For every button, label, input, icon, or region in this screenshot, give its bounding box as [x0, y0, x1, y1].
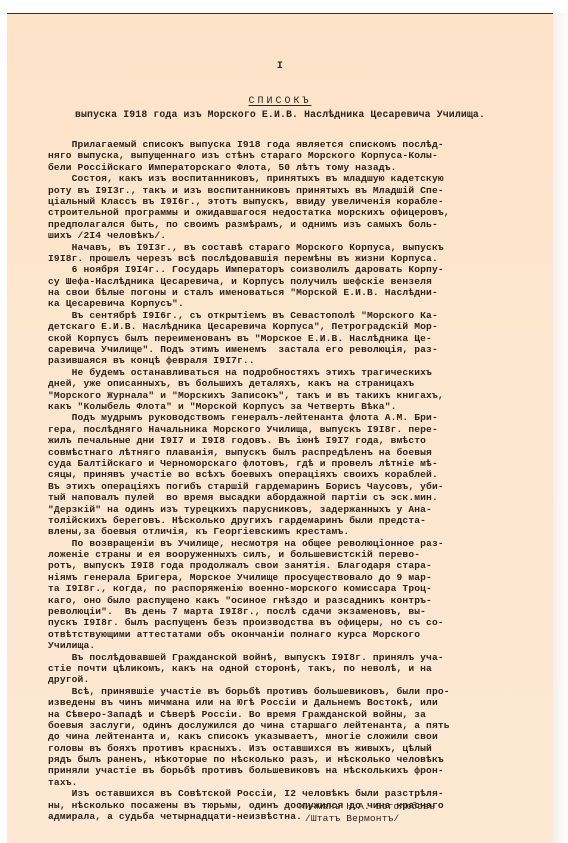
text-line: детскаго Е.И.В. Наслѣдника Цесаревича Ко… [48, 321, 538, 332]
text-line: роту въ I9I3г., такъ и изъ воспитанников… [48, 185, 538, 196]
document-page: I СПИСОКЪ выпуска I918 года изъ Морского… [7, 13, 553, 843]
text-line: головы въ бояхъ противъ красныхъ. Изъ ос… [48, 743, 538, 754]
text-line: рядъ былъ раненъ, нѣкоторые по нѣсколько… [48, 754, 538, 765]
text-line: на свои бѣлые погоны и сталъ именоваться… [48, 287, 538, 298]
text-line: Въ сентябрѣ I9I6г., съ открытіемъ въ Сев… [48, 310, 538, 321]
text-line: какъ "Колыбель Флота" и "Морской Корпусъ… [48, 401, 538, 412]
text-line: ціальный Классъ въ I9I6г., этотъ выпускъ… [48, 196, 538, 207]
signature-block: Мичманъ Н.А. Боголюбовъ /Штатъ Вермонтъ/ [299, 801, 435, 825]
text-line: бели Россійскаго Императорскаго Флота, 5… [48, 162, 538, 173]
text-line: на Сѣверо-Западѣ и Сѣверѣ Россіи. Во вре… [48, 709, 538, 720]
document-subtitle: выпуска I918 года изъ Морского Е.И.В. На… [7, 109, 553, 120]
text-line: ны, нѣсколько посажены въ тюрьмы, одинъ … [48, 800, 538, 811]
text-line: та I9I8г., когда, по распоряженію военно… [48, 583, 538, 594]
text-line: предполагался быть, по своимъ размѣрамъ,… [48, 219, 538, 230]
text-line: ложеніе страны и ея вооруженныхъ силъ, и… [48, 549, 538, 560]
text-line: адмирала, а судьба четырнадцати-неизвѣст… [48, 811, 538, 822]
text-line: Училища. [48, 640, 538, 651]
page-number: I [7, 61, 553, 72]
text-line: боевыя заслуги, одинъ дослужился до чина… [48, 720, 538, 731]
text-line: совмѣстнаго лѣтняго плаванія, выпускъ бы… [48, 447, 538, 458]
text-line: отвѣтствующими аттестатами объ окончаніи… [48, 629, 538, 640]
text-line: саревича Училище". Подъ этимъ именемъ за… [48, 344, 538, 355]
text-line: су Шефа-Наслѣдника Цесаревича, и Корпусъ… [48, 276, 538, 287]
text-line: строительной программы и ожидавшагося не… [48, 207, 538, 218]
text-line: пускъ I9I8г. былъ распущенъ безъ произво… [48, 617, 538, 628]
text-line: Изъ оставшихся въ Совѣтской Россіи, I2 ч… [48, 788, 538, 799]
text-line: Прилагаемый списокъ выпуска I918 года яв… [48, 139, 538, 150]
signature-name: Мичманъ Н.А. Боголюбовъ [299, 801, 435, 813]
text-line: тый наповалъ пулей во время высадки абор… [48, 492, 538, 503]
text-line: дней, уже описанныхъ, въ большихъ деталя… [48, 378, 538, 389]
signature-location: /Штатъ Вермонтъ/ [299, 813, 435, 825]
text-line: изведены въ чинъ мичмана или на Югѣ Росс… [48, 697, 538, 708]
text-line: приняли участіе въ борьбѣ противъ больше… [48, 765, 538, 776]
document-title: СПИСОКЪ [7, 96, 553, 107]
text-line: 6 ноября I9I4г.. Государь Императоръ сои… [48, 264, 538, 275]
text-line: ніямъ генерала Бригера, Морское Училище … [48, 572, 538, 583]
text-line: тахъ. [48, 777, 538, 788]
text-line: Не будемъ останавливаться на подробностя… [48, 367, 538, 378]
text-line: "Дерзкій" на одинъ изъ турецкихъ парусни… [48, 504, 538, 515]
text-line: каго, оно было распущено какъ "осиное гн… [48, 595, 538, 606]
text-line: Подъ мудрымъ руководствомъ генералъ-лейт… [48, 412, 538, 423]
text-line: ка Цесаревича Корпусъ". [48, 298, 538, 309]
text-line: толійскихъ береговъ. Нѣсколько другихъ г… [48, 515, 538, 526]
text-line: I9I8г. прошелъ черезъ всѣ послѣдовавшія … [48, 253, 538, 264]
text-line: жилъ печальные дни I9I7 и I9I8 годовъ. В… [48, 435, 538, 446]
text-line: сяцы, принявъ участіе во всѣхъ боевыхъ о… [48, 469, 538, 480]
text-line: По возвращеніи въ Училище, несмотря на о… [48, 538, 538, 549]
text-line: стіе почти цѣликомъ, какъ на одной сторо… [48, 663, 538, 674]
text-line: ской Корпусъ былъ переименованъ въ "Морс… [48, 333, 538, 344]
text-line: шихъ /2I4 человѣкъ/. [48, 230, 538, 241]
text-line: Состоя, какъ изъ воспитанниковъ, приняты… [48, 173, 538, 184]
text-line: до чина лейтенанта и, какъ списокъ указы… [48, 731, 538, 742]
page-edge [553, 13, 568, 843]
text-line: суда Балтійскаго и Черноморскаго флотовъ… [48, 458, 538, 469]
text-line: Въ послѣдовавшей Гражданской войнѣ, выпу… [48, 652, 538, 663]
text-line: разившаяся въ концѣ февраля I9I7г.. [48, 355, 538, 366]
text-line: Всѣ, принявшіе участіе въ борьбѣ противъ… [48, 686, 538, 697]
text-line: Начавъ, въ I9I3г., въ составѣ стараго Мо… [48, 242, 538, 253]
text-line: "Морского Журнала" и "Морскихъ Записокъ"… [48, 390, 538, 401]
text-line: ротъ, выпускъ I9I8 года продолжалъ свои … [48, 560, 538, 571]
document-title-text: СПИСОКЪ [248, 96, 311, 107]
text-line: революціи". Въ день 7 марта I9I8г., посл… [48, 606, 538, 617]
text-line: влены,за боевыя отличія, къ Георгіевским… [48, 526, 538, 537]
text-line: гера, послѣдняго Начальника Морского Учи… [48, 424, 538, 435]
text-line: няго выпуска, выпущеннаго изъ стѣнъ стар… [48, 150, 538, 161]
text-line: другой. [48, 674, 538, 685]
document-body: Прилагаемый списокъ выпуска I918 года яв… [48, 139, 538, 822]
text-line: Въ этихъ операціяхъ погибъ старшій гарде… [48, 481, 538, 492]
